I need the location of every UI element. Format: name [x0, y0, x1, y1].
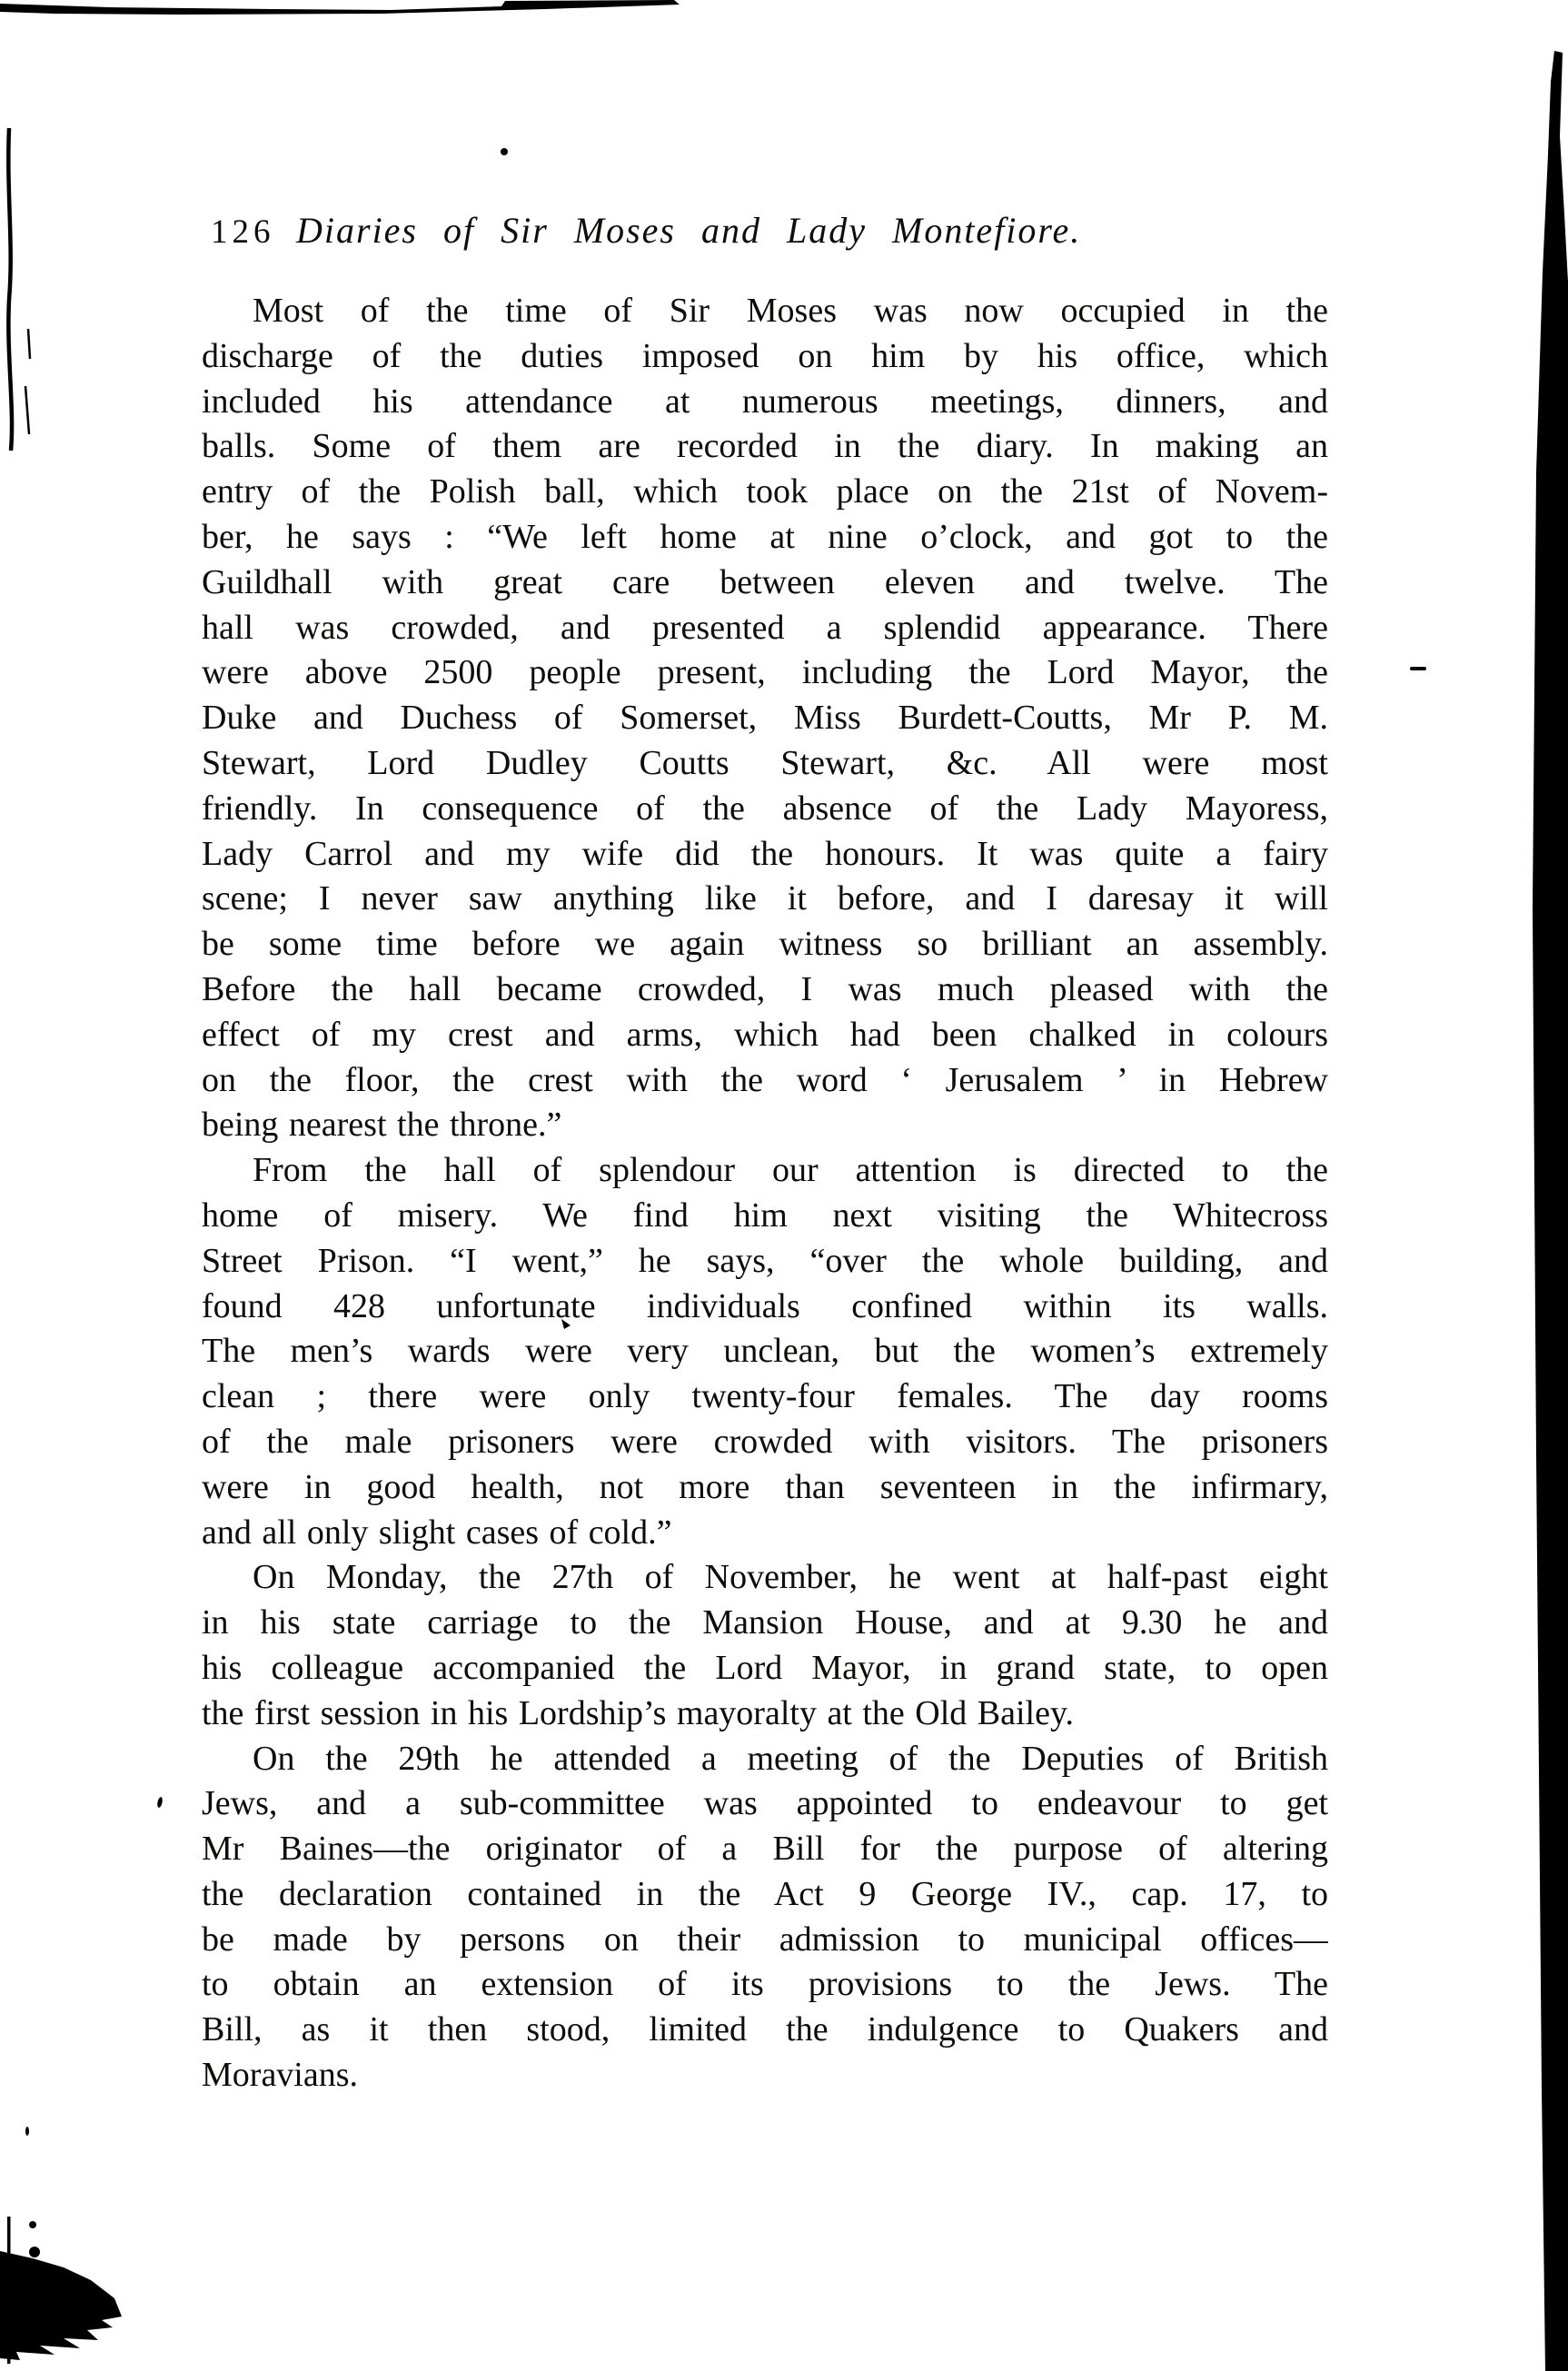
text-line: Bill, as it then stood, limited the indu…: [202, 2008, 1328, 2053]
paragraph: On Monday, the 27th of November, he went…: [202, 1555, 1328, 1736]
text-line: his colleague accompanied the Lord Mayor…: [202, 1646, 1328, 1691]
running-title: Diaries of Sir Moses and Lady Montefiore…: [296, 209, 1081, 252]
text-line: be some time before we again witness so …: [202, 922, 1328, 967]
text-line: scene; I never saw anything like it befo…: [202, 877, 1328, 922]
text-line: on the floor, the crest with the word ‘ …: [202, 1058, 1328, 1104]
text-line: being nearest the throne.”: [202, 1103, 1328, 1148]
text-line: Street Prison. “I went,” he says, “over …: [202, 1239, 1328, 1285]
paragraph: From the hall of splendour our attention…: [202, 1148, 1328, 1555]
text-line: discharge of the duties imposed on him b…: [202, 334, 1328, 380]
scan-artifact-left-edge-scratch-2: [25, 329, 30, 434]
body-text: Most of the time of Sir Moses was now oc…: [202, 289, 1328, 2098]
text-line: were above 2500 people present, includin…: [202, 650, 1328, 696]
text-line: of the male prisoners were crowded with …: [202, 1420, 1328, 1465]
paragraph: On the 29th he attended a meeting of the…: [202, 1737, 1328, 2098]
text-line: home of misery. We find him next visitin…: [202, 1194, 1328, 1239]
text-line: hall was crowded, and presented a splend…: [202, 606, 1328, 651]
text-line: On the 29th he attended a meeting of the…: [202, 1737, 1328, 1782]
text-line: entry of the Polish ball, which took pla…: [202, 470, 1328, 515]
text-line: and all only slight cases of cold.”: [202, 1511, 1328, 1556]
text-line: in his state carriage to the Mansion Hou…: [202, 1601, 1328, 1646]
text-line: the first session in his Lordship’s mayo…: [202, 1691, 1328, 1737]
scan-artifact-bottom-ink-blob: [0, 2251, 122, 2360]
text-line: Before the hall became crowded, I was mu…: [202, 967, 1328, 1013]
page-number: 126: [211, 213, 275, 252]
text-line: included his attendance at numerous meet…: [202, 380, 1328, 425]
text-line: From the hall of splendour our attention…: [202, 1148, 1328, 1194]
text-line: On Monday, the 27th of November, he went…: [202, 1555, 1328, 1601]
paragraph: Most of the time of Sir Moses was now oc…: [202, 289, 1328, 1148]
scan-artifact-top-dot: [501, 148, 508, 155]
text-line: Moravians.: [202, 2053, 1328, 2098]
scan-artifact-bottom-left-line: [7, 2217, 11, 2364]
text-line: to obtain an extension of its provisions…: [202, 1962, 1328, 2008]
scan-artifact-speck-2: [29, 2247, 40, 2257]
text-line: Lady Carrol and my wife did the honours.…: [202, 832, 1328, 878]
scan-artifact-margin-dash: [1410, 667, 1426, 670]
text-line: clean ; there were only twenty-four fema…: [202, 1374, 1328, 1420]
book-page: 126 Diaries of Sir Moses and Lady Montef…: [0, 0, 1568, 2371]
text-line: Guildhall with great care between eleven…: [202, 561, 1328, 606]
text-line: friendly. In consequence of the absence …: [202, 787, 1328, 832]
text-line: The men’s wards were very unclean, but t…: [202, 1329, 1328, 1374]
text-line: found 428 unfortunate individuals confin…: [202, 1285, 1328, 1330]
text-line: balls. Some of them are recorded in the …: [202, 424, 1328, 470]
running-head: 126 Diaries of Sir Moses and Lady Montef…: [202, 209, 1328, 258]
text-line: Stewart, Lord Dudley Coutts Stewart, &c.…: [202, 741, 1328, 787]
text-line: Jews, and a sub-committee was appointed …: [202, 1781, 1328, 1827]
scan-artifact-left-edge-scratch: [8, 128, 12, 451]
scan-artifact-top-edge-line: [0, 0, 680, 15]
text-line: the declaration contained in the Act 9 G…: [202, 1872, 1328, 1918]
text-line: Most of the time of Sir Moses was now oc…: [202, 289, 1328, 334]
scan-artifact-right-edge-bar: [1533, 51, 1568, 2371]
text-line: be made by persons on their admission to…: [202, 1918, 1328, 1963]
text-line: Mr Baines—the originator of a Bill for t…: [202, 1827, 1328, 1872]
scan-artifact-left-margin-tick: [25, 2127, 29, 2136]
scan-artifact-apostrophe-mark: [156, 1797, 163, 1809]
text-line: effect of my crest and arms, which had b…: [202, 1013, 1328, 1058]
text-line: were in good health, not more than seven…: [202, 1465, 1328, 1511]
text-line: ber, he says : “We left home at nine o’c…: [202, 515, 1328, 561]
scan-artifact-speck-1: [29, 2221, 36, 2228]
text-line: Duke and Duchess of Somerset, Miss Burde…: [202, 696, 1328, 741]
